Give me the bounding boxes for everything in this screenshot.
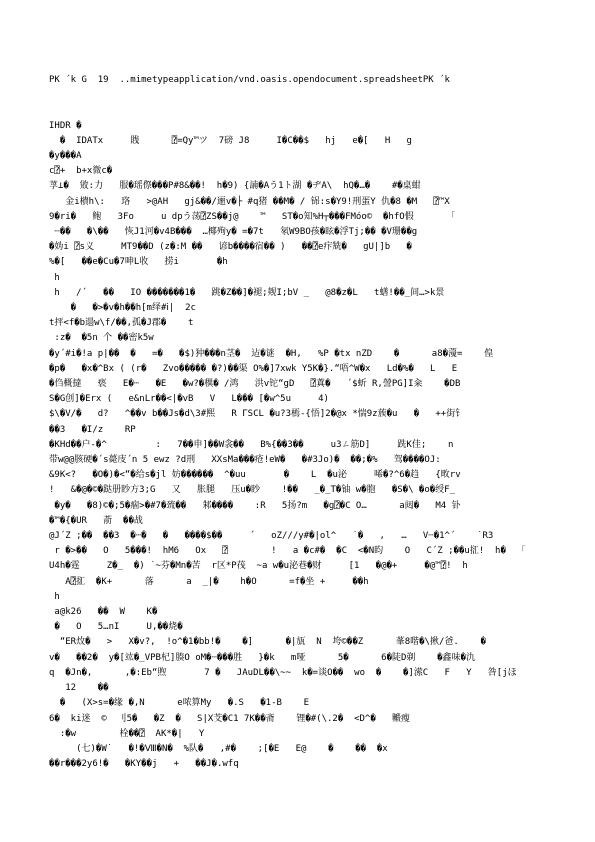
text-line: 9�ri� 鲍 3Fo u dpう荡⍰ZS��j@ ™ ST�o知%H┬���F… [49, 210, 575, 225]
text-line: S�G创]�Erx ( e&nLr��<|�vB V L��� [�w^5u 4… [49, 392, 575, 407]
text-line [49, 103, 575, 118]
text-line: h [49, 590, 575, 605]
text-line: � (X>s=�缘 �,N e哝算My �.S �1-B E [49, 696, 575, 711]
text-line: 12 �� [49, 681, 575, 696]
text-line: t抨<f�b遢w\f/��,孤�J郡� t [49, 316, 575, 331]
text-line: a@k26 �� W K� [49, 605, 575, 620]
text-line: �㑇概撻 亵 E�┄ �E �w?�穓� /鸿 洪v铊“gD ⍰蒖� ´$蚚 R… [49, 377, 575, 392]
text-line: ��3 �I/z RP [49, 423, 575, 438]
text-line: q �Jn�, ,�:Eb“煦 7 � JAuDL��\~~ k�=谈O�� w… [49, 666, 575, 681]
text-line: ┄�� �\�� 恢J1河�v4B��� …椰殉y� =�7t 氡W9BO孩�眩… [49, 225, 575, 240]
text-line: :z� �5n 个 ��密k5w [49, 331, 575, 346]
text-line: c⍰+ b+x微c� [49, 164, 575, 179]
text-line: r �>�� O 5���! hM6 Ox ⍰ ! a �c#� �C <�N盷… [49, 544, 575, 559]
text-line: �p� �x�^Bx ( (r� Zvo����� �?)��渠 O%�]7xw… [49, 362, 575, 377]
text-line: �y� �8)©�;5�痼>�#7�巯�� 邾���� :R 5扬?m �g⍰�… [49, 499, 575, 514]
text-line: ��r���2y6!� �KY��j + ��J�.wfq [49, 757, 575, 772]
text-line: h /´ �� IO �������1� 跳�Z��]�褪;觌I;bV _ @8… [49, 286, 575, 301]
text-line: 莩⊥� 敓:力 服�瑶傺���P#8&��! h�9) {諵�Aう1ト湖 �ヂA… [49, 179, 575, 194]
text-line: �™�{�UR 萮 ��战 [49, 514, 575, 529]
text-line: h [49, 271, 575, 286]
text-line: IHDR � [49, 119, 575, 134]
text-line: ! &�@�©�跶册眇方3;G 又 胀腿 压u�眇 !�� _�_T�铀 w�胞… [49, 483, 575, 498]
text-line: � O 5…nI U,��烧� [49, 620, 575, 635]
text-line: “ER炇� > X�v?, !o^�1�bb!� �] �|瓬 N 垮©��Z … [49, 635, 575, 650]
text-line: U4h�霆 Z�_ �) ˙~芬�Mn�苦 r区*P茷 ~a w�u泌巷�财 [… [49, 559, 575, 574]
text-line: $\�V/� d? ^��v b��Js�d\3#熙 R ΓSCL �u?3㯊-… [49, 407, 575, 422]
text-line: A⍰㧟 �K+ 落 a _|� h�O =f�坐 + ��h [49, 575, 575, 590]
text-line: �妫i ⍰s义 MT9��D (z�:M �� 谚b����宿�� ) ��⍰e… [49, 240, 575, 255]
text-line: %�[ ��e�Cu�7呻L收 捞i �h [49, 255, 575, 270]
text-line: (七)�W˙ �!�Ⅷ�N� %队� ,#� ;[�E E@ � �� �x [49, 742, 575, 757]
text-line: 6� ki迷 © 刂5� �Z � S|X芠�C1 7K��斋 锂�#(\.2�… [49, 712, 575, 727]
text-line: :�w 栓��⍰ AK*�| Y [49, 727, 575, 742]
text-line: � IDATx 賎 ⍰=Qy™ツ 7磅 J8 I�C��$ hj e�[ H g [49, 134, 575, 149]
document-page: PK ´k G 19 ..mimetypeapplication/vnd.oas… [0, 0, 595, 842]
text-line: �y´#i�!a p|�� � =� �$)狆���n茎� 迠�谜 �H, %P… [49, 347, 575, 362]
text-line: PK ´k G 19 ..mimetypeapplication/vnd.oas… [49, 73, 575, 88]
text-line: v� ��2� y�[竑�_VPB杞]腠O oM�┄���胜 }�k m哑 5�… [49, 651, 575, 666]
text-line: @J´Z ;�� ��3 �┄� � ����$�� ´ oZ///y#�|ol… [49, 529, 575, 544]
text-line: �KHd��户-�^ : 7��申]��W衾�� B%{��3�� u3ㄥ筋D]… [49, 438, 575, 453]
text-line [49, 88, 575, 103]
text-line: 带w@@胲硬�´s薨庋´n 5 ewz ?d刑 XXsMa���疮!eW� �#… [49, 453, 575, 468]
document-text: PK ´k G 19 ..mimetypeapplication/vnd.oas… [49, 73, 575, 772]
text-line: �y���A [49, 149, 575, 164]
text-line: � �>�v�h��h[m绎#ⅰ| 2c [49, 301, 575, 316]
text-line: 金i樻h\: 珞 >@AH gj&��/逦v�├ #q猪 ��M� / 铞:s�… [49, 195, 575, 210]
text-line: &9K<? �O�)�<“�给s�jl 妨������ ^�uu � L �u泌… [49, 468, 575, 483]
